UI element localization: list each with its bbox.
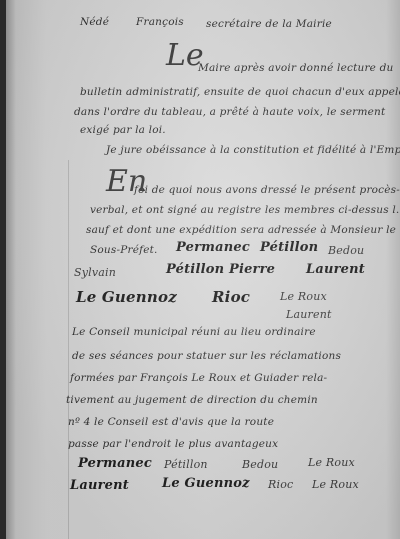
signature-2-rioc: Rioc — [268, 478, 293, 491]
signature-laurent: Laurent — [306, 262, 365, 277]
signature-2-le-roux-2: Le Roux — [312, 478, 359, 491]
signature-bedou: Bedou — [328, 244, 364, 257]
signature-2-petillon: Pétillon — [164, 458, 208, 471]
p3-line-5: nº 4 le Conseil est d'avis que la route — [68, 416, 274, 428]
signature-sylvain: Sylvain — [74, 266, 116, 279]
paragraph-2-initial: En — [106, 164, 147, 199]
signature-laurent-2: Laurent — [286, 308, 332, 321]
p1-line-3: dans l'ordre du tableau, a prêté à haute… — [74, 106, 385, 118]
header-role: secrétaire de la Mairie — [206, 18, 332, 30]
signature-2-laurent: Laurent — [70, 478, 129, 493]
signature-permanec: Permanec — [176, 240, 250, 255]
oath-line: Je jure obéissance à la constitution et … — [106, 144, 400, 156]
p3-line-1: Le Conseil municipal réuni au lieu ordin… — [72, 326, 316, 338]
p2-line-3: sauf et dont une expédition sera adressé… — [86, 224, 396, 236]
header-first-name: François — [136, 16, 184, 28]
signature-2-permanec: Permanec — [78, 456, 152, 471]
signature-le-roux: Le Roux — [280, 290, 327, 303]
p1-line-1: Maire après avoir donné lecture du — [198, 62, 394, 74]
p3-line-2: de ses séances pour statuer sur les récl… — [72, 350, 341, 362]
p2-line-2: verbal, et ont signé au registre les mem… — [90, 204, 400, 216]
signature-petillon-pierre: Pétillon Pierre — [166, 262, 275, 277]
p1-line-4: exigé par la loi. — [80, 124, 166, 136]
p1-line-2: bulletin administratif, ensuite de quoi … — [80, 86, 400, 98]
header-name: Nédé — [80, 16, 109, 28]
signature-2-bedou: Bedou — [242, 458, 278, 471]
p2-line-4: Sous-Préfet. — [90, 244, 158, 256]
p2-line-1: foi de quoi nous avons dressé le présent… — [134, 184, 400, 196]
signature-rioc: Rioc — [212, 288, 250, 306]
paragraph-1-initial: Le — [166, 38, 204, 73]
signature-petillon: Pétillon — [260, 240, 318, 255]
signature-2-le-roux: Le Roux — [308, 456, 355, 469]
manuscript-page: Nédé François secrétaire de la Mairie Le… — [6, 0, 400, 539]
signature-2-le-guennoz: Le Guennoz — [162, 476, 250, 491]
margin-rule — [68, 160, 69, 539]
p3-line-6: passe par l'endroit le plus avantageux — [68, 438, 278, 450]
p3-line-4: tivement au jugement de direction du che… — [66, 394, 318, 406]
p3-line-3: formées par François Le Roux et Guiader … — [70, 372, 327, 384]
signature-le-guennoz: Le Guennoz — [76, 288, 177, 306]
